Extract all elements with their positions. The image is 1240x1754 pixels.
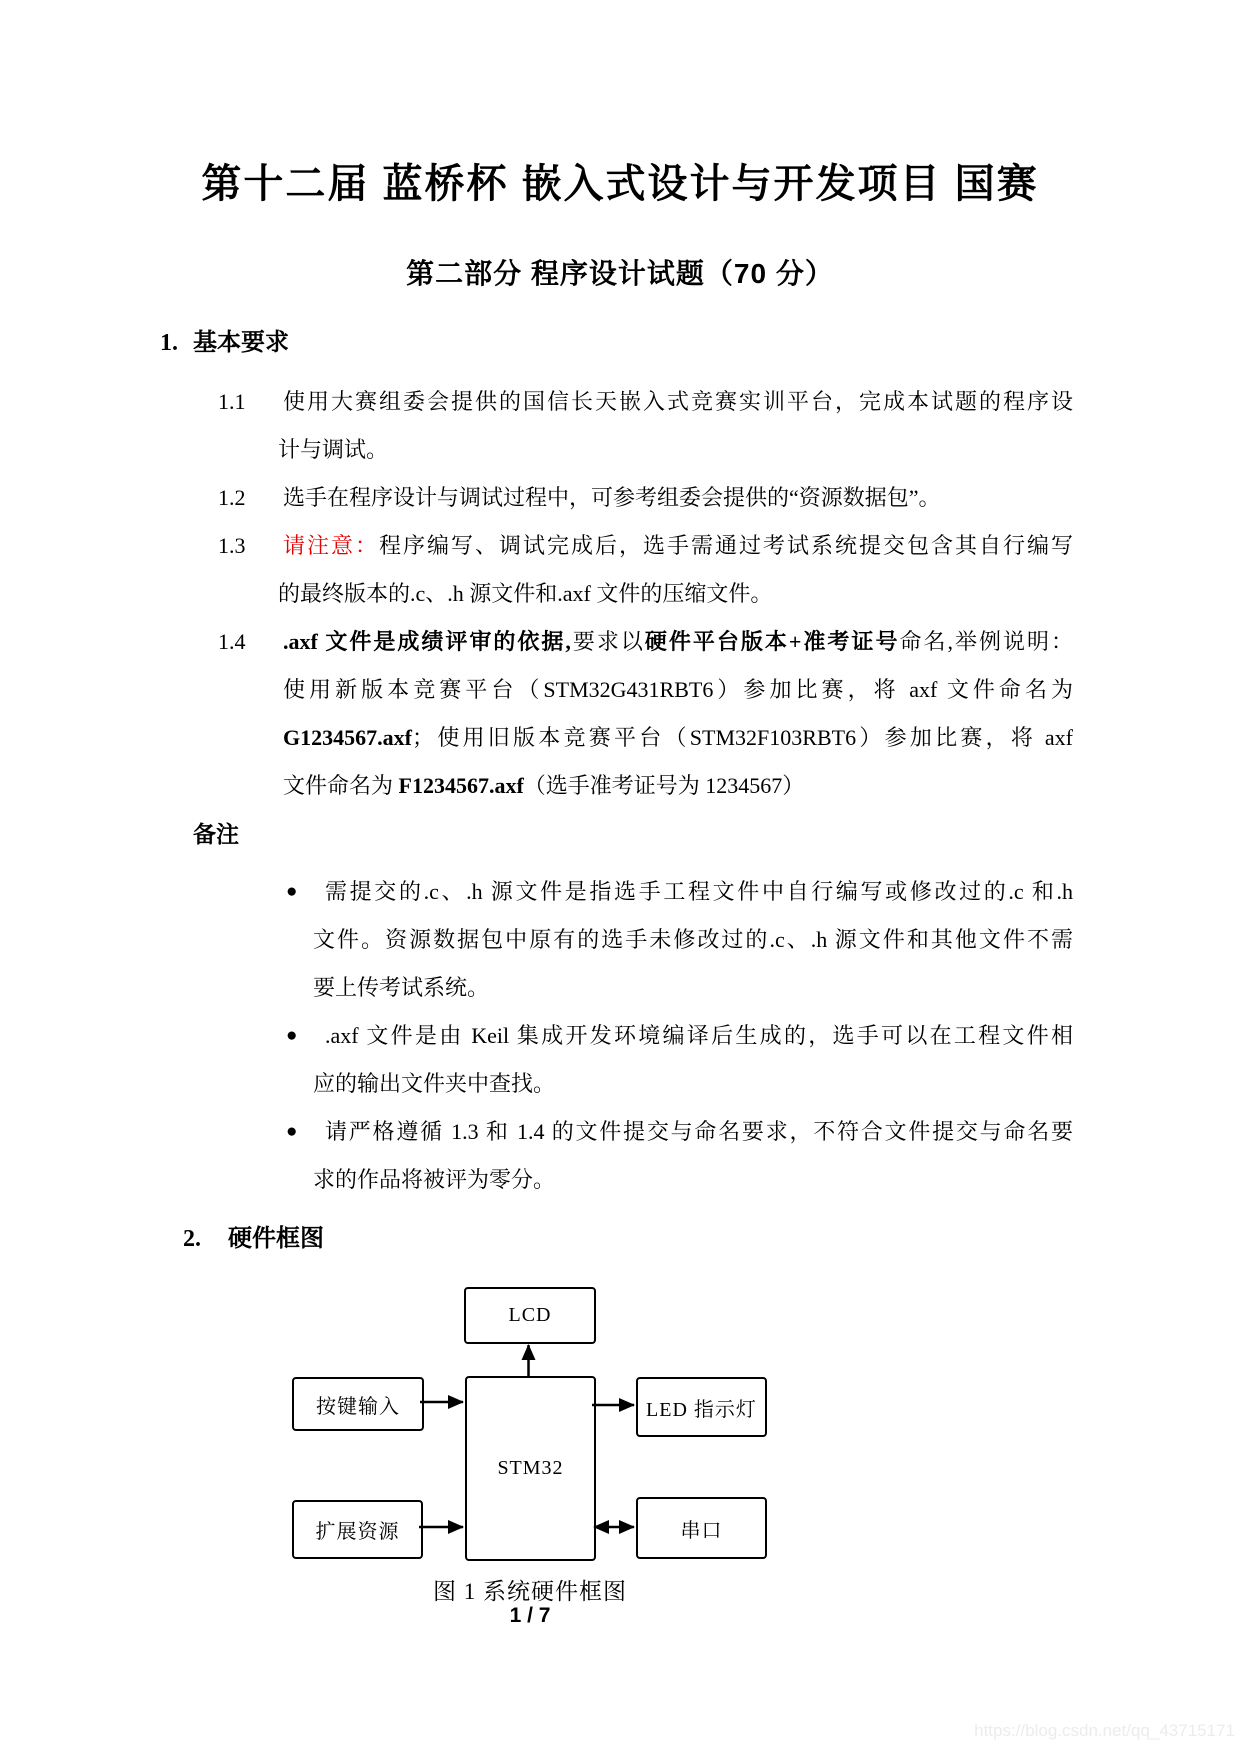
watermark-url: https://blog.csdn.net/qq_43715171 bbox=[974, 1721, 1235, 1741]
bullet-1-line-2: 文件。资源数据包中原有的选手未修改过的.c、.h 源文件和其他文件不需 bbox=[218, 916, 1073, 964]
page-number: 1 / 7 bbox=[0, 1604, 1060, 1628]
item-1-4-line-2: 使用新版本竞赛平台（STM32G431RBT6）参加比赛，将 axf 文件命名为 bbox=[218, 666, 1073, 714]
spacer bbox=[218, 858, 1073, 868]
item-number: 1.2 bbox=[218, 474, 246, 522]
diagram-label: 按键输入 bbox=[316, 1390, 400, 1419]
item-1-4-line-1: 1.4.axf 文件是成绩评审的依据,要求以硬件平台版本+准考证号命名,举例说明… bbox=[218, 618, 1073, 666]
item-1-2-line-1: 1.2选手在程序设计与调试过程中，可参考组委会提供的“资源数据包”。 bbox=[218, 474, 1073, 522]
section-1-title: 基本要求 bbox=[193, 329, 289, 356]
diagram-box-serial-port: 串口 bbox=[636, 1497, 767, 1559]
item-text: ；使用旧版本竞赛平台（STM32F103RBT6）参加比赛，将 axf bbox=[412, 725, 1073, 750]
item-text: 选手在程序设计与调试过程中，可参考组委会提供的“资源数据包”。 bbox=[283, 485, 941, 510]
bullet-icon: ● bbox=[286, 868, 297, 916]
diagram-box-led-indicator: LED 指示灯 bbox=[636, 1377, 767, 1437]
figure-caption: 图 1 系统硬件框图 bbox=[0, 1573, 1060, 1606]
diagram-label: LED 指示灯 bbox=[646, 1393, 757, 1422]
item-1-1-line-1: 1.1使用大赛组委会提供的国信长天嵌入式竞赛实训平台，完成本试题的程序设 bbox=[218, 378, 1073, 426]
section-2-number: 2. bbox=[183, 1224, 228, 1254]
item-1-3-line-1: 1.3请注意：程序编写、调试完成后，选手需通过考试系统提交包含其自行编写 bbox=[218, 522, 1073, 570]
item-1-1-line-2: 计与调试。 bbox=[218, 426, 1073, 474]
item-text: 命名,举例说明： bbox=[899, 629, 1073, 654]
item-text: 的最终版本的.c、.h 源文件和.axf 文件的压缩文件。 bbox=[278, 581, 772, 606]
notes-heading: 备注 bbox=[193, 810, 1073, 858]
bold-text: G1234567.axf bbox=[283, 725, 412, 750]
bullet-icon: ● bbox=[286, 1108, 297, 1156]
bullet-text: .axf 文件是由 Keil 集成开发环境编译后生成的，选手可以在工程文件相 bbox=[325, 1023, 1073, 1048]
diagram-box-lcd: LCD bbox=[464, 1287, 596, 1344]
bullet-1-line-3: 要上传考试系统。 bbox=[218, 964, 1073, 1012]
diagram-label: STM32 bbox=[497, 1457, 563, 1480]
item-text: 使用大赛组委会提供的国信长天嵌入式竞赛实训平台，完成本试题的程序设 bbox=[283, 389, 1073, 414]
bullet-text: 要上传考试系统。 bbox=[313, 975, 489, 1000]
bullet-3-line-2: 求的作品将被评为零分。 bbox=[218, 1156, 1073, 1204]
doc-subtitle: 第二部分 程序设计试题（70 分） bbox=[0, 252, 1240, 292]
item-1-4-line-3: G1234567.axf；使用旧版本竞赛平台（STM32F103RBT6）参加比… bbox=[218, 714, 1073, 762]
diagram-label: LCD bbox=[509, 1304, 552, 1327]
bullet-text: 请严格遵循 1.3 和 1.4 的文件提交与命名要求，不符合文件提交与命名要 bbox=[325, 1119, 1073, 1144]
item-number: 1.1 bbox=[218, 378, 246, 426]
bullet-text: 求的作品将被评为零分。 bbox=[313, 1167, 555, 1192]
notice-label: 请注意： bbox=[283, 533, 379, 558]
section-2-title: 硬件框图 bbox=[228, 1225, 324, 1252]
bullet-2-line-2: 应的输出文件夹中查找。 bbox=[218, 1060, 1073, 1108]
item-text: 文件命名为 bbox=[283, 773, 399, 798]
section-1-number: 1. bbox=[160, 328, 193, 358]
bullet-text: 文件。资源数据包中原有的选手未修改过的.c、.h 源文件和其他文件不需 bbox=[313, 927, 1073, 952]
bullet-icon: ● bbox=[286, 1012, 297, 1060]
document-page: 第十二届 蓝桥杯 嵌入式设计与开发项目 国赛 第二部分 程序设计试题（70 分）… bbox=[0, 0, 1240, 1754]
diagram-label: 扩展资源 bbox=[316, 1515, 400, 1544]
item-number: 1.3 bbox=[218, 522, 246, 570]
item-text: 要求以 bbox=[571, 629, 645, 654]
diagram-label: 串口 bbox=[681, 1514, 723, 1543]
section-1-heading: 1.基本要求 bbox=[160, 328, 289, 358]
section-1-body: 1.1使用大赛组委会提供的国信长天嵌入式竞赛实训平台，完成本试题的程序设 计与调… bbox=[218, 378, 1073, 1204]
item-1-3-line-2: 的最终版本的.c、.h 源文件和.axf 文件的压缩文件。 bbox=[218, 570, 1073, 618]
item-number: 1.4 bbox=[218, 618, 246, 666]
bullet-3-line-1: ●请严格遵循 1.3 和 1.4 的文件提交与命名要求，不符合文件提交与命名要 bbox=[218, 1108, 1073, 1156]
bullet-text: 应的输出文件夹中查找。 bbox=[313, 1071, 555, 1096]
bullet-1-line-1: ●需提交的.c、.h 源文件是指选手工程文件中自行编写或修改过的.c 和.h bbox=[218, 868, 1073, 916]
bullet-text: 需提交的.c、.h 源文件是指选手工程文件中自行编写或修改过的.c 和.h bbox=[325, 879, 1073, 904]
bold-text: 硬件平台版本+准考证号 bbox=[645, 629, 900, 654]
section-2-heading: 2.硬件框图 bbox=[183, 1224, 324, 1254]
diagram-box-key-input: 按键输入 bbox=[292, 1377, 424, 1431]
notes-heading-label: 备注 bbox=[193, 821, 239, 847]
item-text: 程序编写、调试完成后，选手需通过考试系统提交包含其自行编写 bbox=[379, 533, 1073, 558]
doc-title: 第十二届 蓝桥杯 嵌入式设计与开发项目 国赛 bbox=[0, 152, 1240, 209]
item-text: 使用新版本竞赛平台（STM32G431RBT6）参加比赛，将 axf 文件命名为 bbox=[283, 677, 1073, 702]
item-text: 计与调试。 bbox=[278, 437, 388, 462]
bullet-2-line-1: ●.axf 文件是由 Keil 集成开发环境编译后生成的，选手可以在工程文件相 bbox=[218, 1012, 1073, 1060]
bold-text: .axf 文件是成绩评审的依据, bbox=[283, 629, 571, 654]
diagram-box-expansion-resources: 扩展资源 bbox=[292, 1500, 423, 1559]
item-text: （选手准考证号为 1234567） bbox=[524, 773, 805, 798]
item-1-4-line-4: 文件命名为 F1234567.axf（选手准考证号为 1234567） bbox=[218, 762, 1073, 810]
bold-text: F1234567.axf bbox=[399, 773, 524, 798]
diagram-box-stm32: STM32 bbox=[465, 1376, 596, 1561]
